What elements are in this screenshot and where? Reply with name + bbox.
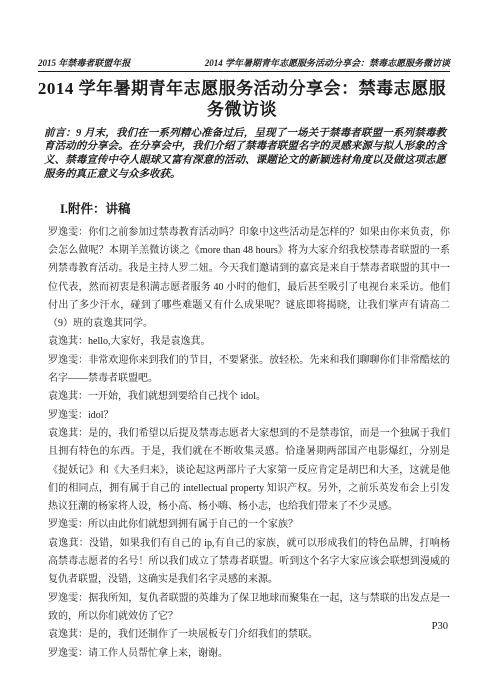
section-heading: I.附件：讲稿: [60, 199, 450, 217]
running-header-left: 2015 年禁毒者联盟年报: [38, 56, 130, 69]
dialogue-paragraph: 袁逸萁：是的，我们还制作了一块展板专门介绍我们的禁联。: [48, 626, 450, 644]
dialogue-paragraph: 袁逸萁：一开始，我们就想到要给自己找个 idol。: [48, 388, 450, 406]
dialogue-paragraph: 袁逸萁：没错，如果我们有自己的 ip,有自己的家族，就可以形成我们的特色品牌，打…: [48, 535, 450, 590]
dialogue-paragraph: 罗逸雯：据我所知，复仇者联盟的英雄为了保卫地球而聚集在一起，这与禁联的出发点是一…: [48, 590, 450, 627]
dialogue-paragraph: 罗逸雯：请工作人员帮忙拿上来，谢谢。: [48, 645, 450, 663]
dialogue-paragraph: 袁逸萁：是的，我们希望以后提及禁毒志愿者大家想到的不是禁毒馆，而是一个独属于我们…: [48, 425, 450, 516]
running-header-right: 2014 学年暑期青年志愿服务活动分享会：禁毒志愿服务微访谈: [205, 56, 450, 69]
dialogue-paragraph: 罗逸雯：非常欢迎你来到我们的节目，不要紧张。放轻松。先来和我们聊聊你们非常酷炫的…: [48, 352, 450, 389]
running-header: 2015 年禁毒者联盟年报 2014 学年暑期青年志愿服务活动分享会：禁毒志愿服…: [38, 56, 450, 72]
document-title: 2014 学年暑期青年志愿服务活动分享会：禁毒志愿服务微访谈: [30, 78, 454, 121]
preface-paragraph: 前言：9 月末，我们在一系列精心准备过后，呈现了一场关于禁毒者联盟一系列禁毒教育…: [44, 127, 446, 182]
dialogue-transcript: 罗逸雯：你们之前参加过禁毒教育活动吗？印象中这些活动是怎样的？如果由你来负责，你…: [48, 224, 450, 663]
document-page: 2015 年禁毒者联盟年报 2014 学年暑期青年志愿服务活动分享会：禁毒志愿服…: [0, 0, 480, 678]
page-number: P30: [432, 621, 448, 632]
dialogue-paragraph: 袁逸萁：hello,大家好，我是袁逸萁。: [48, 333, 450, 351]
dialogue-paragraph: 罗逸雯：idol？: [48, 407, 450, 425]
dialogue-paragraph: 罗逸雯：你们之前参加过禁毒教育活动吗？印象中这些活动是怎样的？如果由你来负责，你…: [48, 224, 450, 334]
dialogue-paragraph: 罗逸雯：所以由此你们就想到拥有属于自己的一个家族？: [48, 516, 450, 534]
